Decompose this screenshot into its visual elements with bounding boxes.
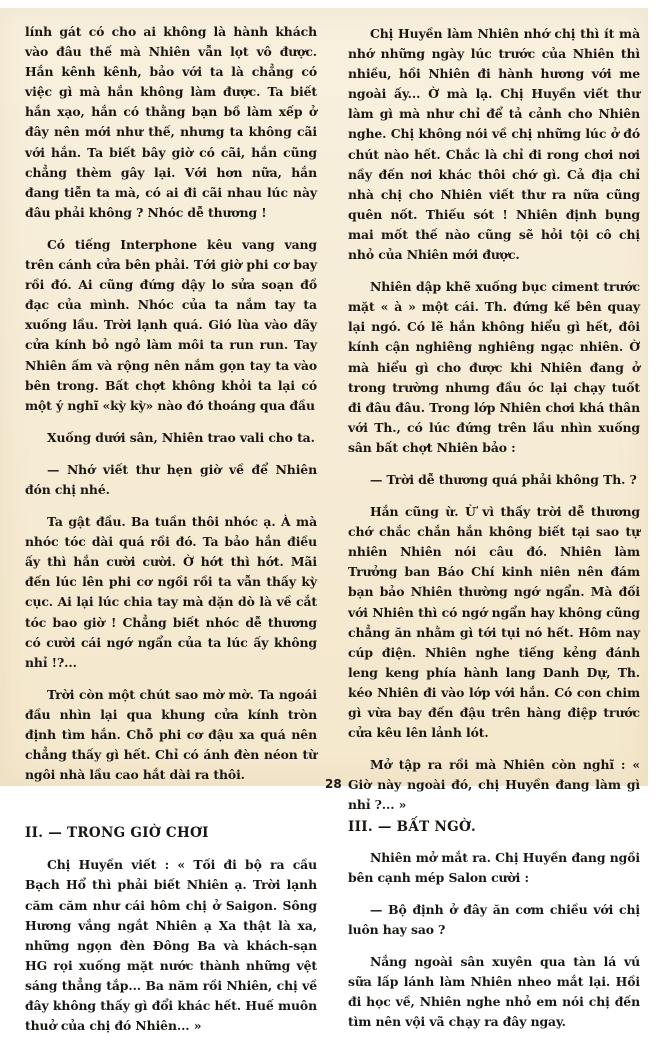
dialogue-line: — Trời dễ thương quá phải không Th. ? — [348, 470, 640, 490]
paragraph: Trời còn một chút sao mờ mờ. Ta ngoái đầ… — [25, 685, 317, 785]
book-page: lính gát có cho ai không là hành khách v… — [0, 8, 648, 786]
paragraph: Hắn cũng ừ. Ừ vì thấy trời dễ thương chớ… — [348, 502, 640, 743]
paragraph: Mở tập ra rồi mà Nhiên còn nghĩ : « Giờ … — [348, 755, 640, 800]
paragraph: Ta gật đầu. Ba tuần thôi nhóc ạ. À mà nh… — [25, 512, 317, 673]
paragraph: Chị Huyền làm Nhiên nhớ chị thì ít mà nh… — [348, 24, 640, 265]
page-number: 28 — [325, 777, 342, 791]
dialogue-line: — Nhớ viết thư hẹn giờ về để Nhiên đón c… — [25, 460, 317, 500]
left-column: lính gát có cho ai không là hành khách v… — [25, 22, 317, 800]
paragraph: Nhiên dập khẽ xuống bục ciment trước mặt… — [348, 277, 640, 458]
right-column: Chị Huyền làm Nhiên nhớ chị thì ít mà nh… — [348, 24, 640, 800]
paragraph: lính gát có cho ai không là hành khách v… — [25, 22, 317, 223]
paragraph: Có tiếng Interphone kêu vang vang trên c… — [25, 235, 317, 416]
paragraph: Xuống dưới sân, Nhiên trao vali cho ta. — [25, 428, 317, 448]
